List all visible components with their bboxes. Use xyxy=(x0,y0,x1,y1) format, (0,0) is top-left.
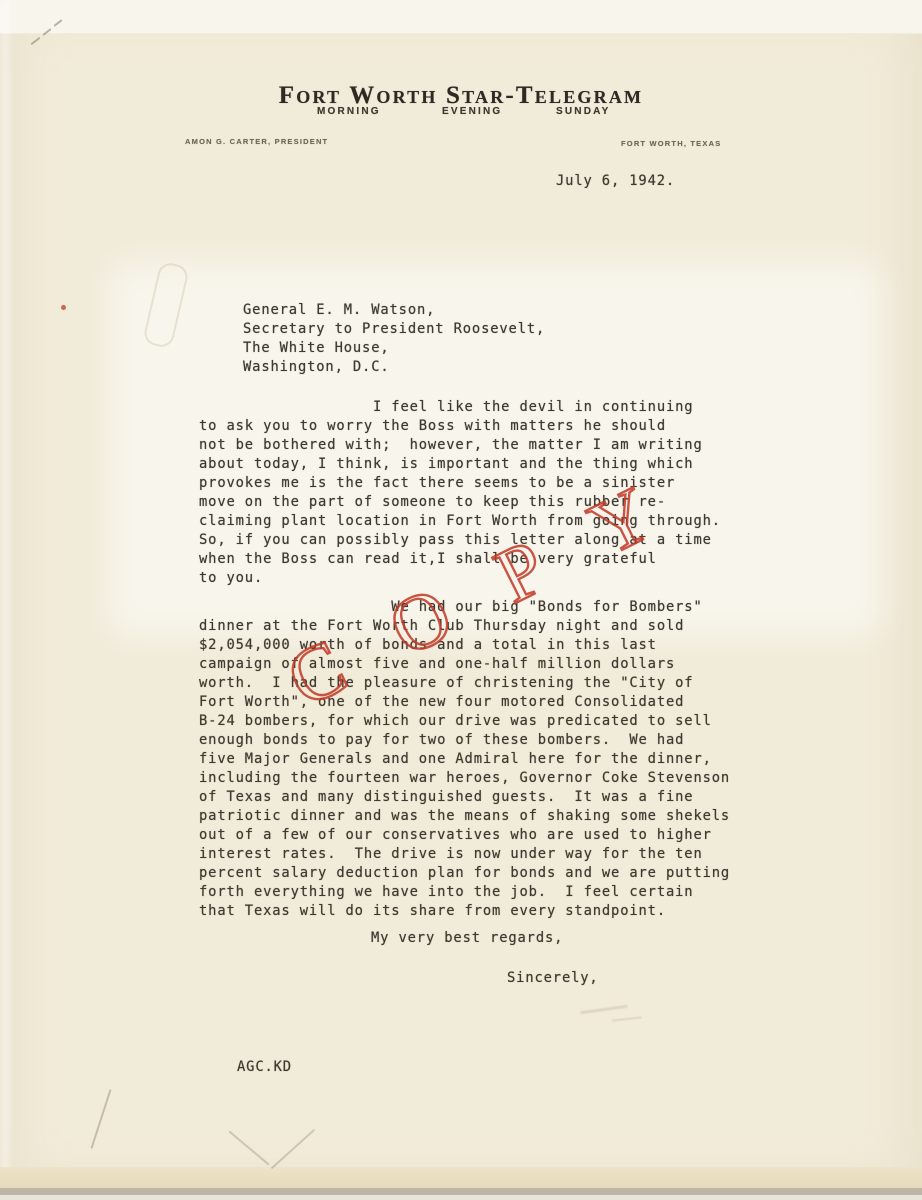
pencil-smudge xyxy=(612,1016,642,1021)
letterhead-location-line: FORT WORTH, TEXAS xyxy=(621,139,721,148)
letterhead-president-line: AMON G. CARTER, PRESIDENT xyxy=(185,137,328,146)
letterhead-edition-morning: MORNING xyxy=(317,106,381,117)
pencil-mark xyxy=(271,1129,315,1169)
letter-scan-page: Fort Worth Star-Telegram MORNING EVENING… xyxy=(0,0,922,1200)
letterhead-edition-sunday: SUNDAY xyxy=(556,106,611,117)
date-line: July 6, 1942. xyxy=(556,172,675,191)
scan-top-band xyxy=(0,0,922,34)
pencil-mark xyxy=(228,1131,269,1166)
pencil-mark xyxy=(31,37,41,45)
scan-left-edge-light xyxy=(0,0,10,1200)
letterhead-edition-evening: EVENING xyxy=(442,106,502,117)
closing-regards: My very best regards, xyxy=(371,929,563,948)
recipient-address: General E. M. Watson, Secretary to Presi… xyxy=(243,301,545,377)
scan-bottom-dark-line xyxy=(0,1188,922,1195)
pencil-smudge xyxy=(580,1005,628,1015)
scan-bottom-edge xyxy=(0,1195,922,1200)
scan-bottom-tan-band xyxy=(0,1167,922,1189)
pencil-mark xyxy=(90,1089,111,1149)
closing-signoff: Sincerely, xyxy=(507,969,599,988)
copy-stamp-text: COPY xyxy=(274,450,721,723)
typist-initials: AGC.KD xyxy=(237,1058,292,1077)
red-dot-mark xyxy=(61,305,66,310)
copy-stamp: COPY xyxy=(270,450,750,780)
